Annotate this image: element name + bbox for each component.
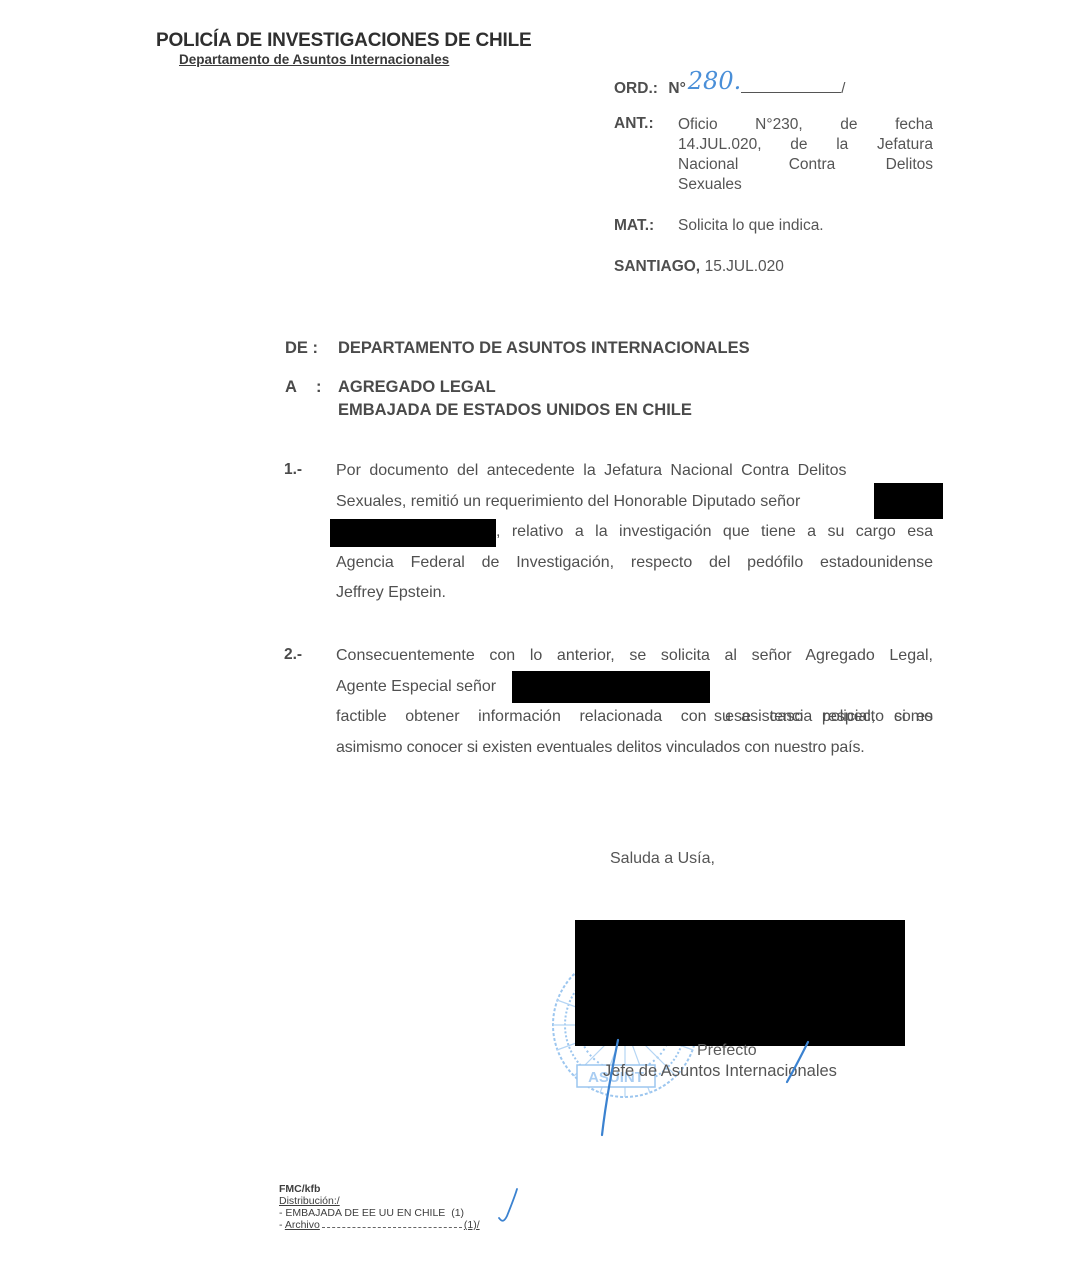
ord-number-line: ORD.: N°280./ bbox=[614, 71, 845, 99]
mat-text: Solicita lo que indica. bbox=[678, 217, 824, 235]
ant-line: Nacional Contra Delitos bbox=[678, 155, 933, 175]
distribution-item: - Archivo(1)/ bbox=[279, 1220, 480, 1232]
ant-text: Oficio N°230, de fecha 14.JUL.020, de la… bbox=[678, 115, 933, 195]
redaction-box bbox=[330, 519, 496, 547]
paragraph-line-text: , relativo a la investigación que tiene … bbox=[496, 517, 933, 548]
paragraph-line: Jeffrey Epstein. bbox=[336, 578, 933, 609]
ant-line: Oficio N°230, de fecha bbox=[678, 115, 933, 135]
paragraph-line: Consecuentemente con lo anterior, se sol… bbox=[336, 641, 933, 672]
mat-label: MAT.: bbox=[614, 217, 654, 235]
paragraph-line-text: su asistencia respecto si es bbox=[714, 702, 933, 733]
paragraph-2-number: 2.- bbox=[284, 646, 302, 664]
redaction-box bbox=[874, 483, 943, 519]
to-line-2: EMBAJADA DE ESTADOS UNIDOS EN CHILE bbox=[338, 401, 692, 420]
department-subtitle: Departamento de Asuntos Internacionales bbox=[179, 52, 449, 67]
distribution-item: - EMBAJADA DE EE UU EN CHILE (1) bbox=[279, 1208, 464, 1220]
signature-stroke-icon bbox=[540, 1020, 860, 1140]
institution-title: POLICÍA DE INVESTIGACIONES DE CHILE bbox=[156, 30, 532, 52]
redaction-box bbox=[512, 671, 710, 703]
footer-initials: FMC/kfb bbox=[279, 1184, 320, 1196]
ord-label: ORD.: bbox=[614, 80, 658, 97]
salutation: Saluda a Usía, bbox=[610, 850, 715, 868]
paragraph-2: Consecuentemente con lo anterior, se sol… bbox=[336, 641, 933, 763]
paragraph-line: Agencia Federal de Investigación, respec… bbox=[336, 548, 933, 579]
paragraph-line-text: Agente Especial señor bbox=[336, 678, 496, 695]
from-label: DE : bbox=[285, 339, 318, 358]
distribution-label: Distribución:/ bbox=[279, 1196, 340, 1208]
ord-slash: / bbox=[841, 80, 845, 97]
paragraph-1: Por documento del antecedente la Jefatur… bbox=[336, 456, 933, 609]
paragraph-1-number: 1.- bbox=[284, 461, 302, 479]
paragraph-line: , relativo a la investigación que tiene … bbox=[336, 517, 933, 548]
city: SANTIAGO, bbox=[614, 258, 700, 275]
ord-number-handwritten: 280. bbox=[688, 67, 741, 95]
ant-line: 14.JUL.020, de la Jefatura bbox=[678, 135, 933, 155]
to-line-1: AGREGADO LEGAL bbox=[338, 378, 496, 397]
ord-underline bbox=[741, 92, 841, 93]
paragraph-line: Agente Especial señor su asistencia resp… bbox=[336, 672, 933, 703]
paragraph-line: Por documento del antecedente la Jefatur… bbox=[336, 456, 933, 487]
paragraph-line: asimismo conocer si existen eventuales d… bbox=[336, 733, 933, 764]
ant-label: ANT.: bbox=[614, 115, 654, 133]
paragraph-line-text: Sexuales, remitió un requerimiento del H… bbox=[336, 493, 800, 510]
paragraph-line: Sexuales, remitió un requerimiento del H… bbox=[336, 487, 933, 518]
ord-prefix: N° bbox=[668, 80, 685, 97]
to-label: A bbox=[285, 378, 297, 397]
from-value: DEPARTAMENTO DE ASUNTOS INTERNACIONALES bbox=[338, 339, 750, 358]
to-colon: : bbox=[316, 378, 322, 397]
place-date: SANTIAGO, 15.JUL.020 bbox=[614, 258, 784, 276]
ant-line: Sexuales bbox=[678, 175, 933, 195]
date: 15.JUL.020 bbox=[705, 258, 784, 275]
checkmark-icon bbox=[493, 1186, 523, 1226]
